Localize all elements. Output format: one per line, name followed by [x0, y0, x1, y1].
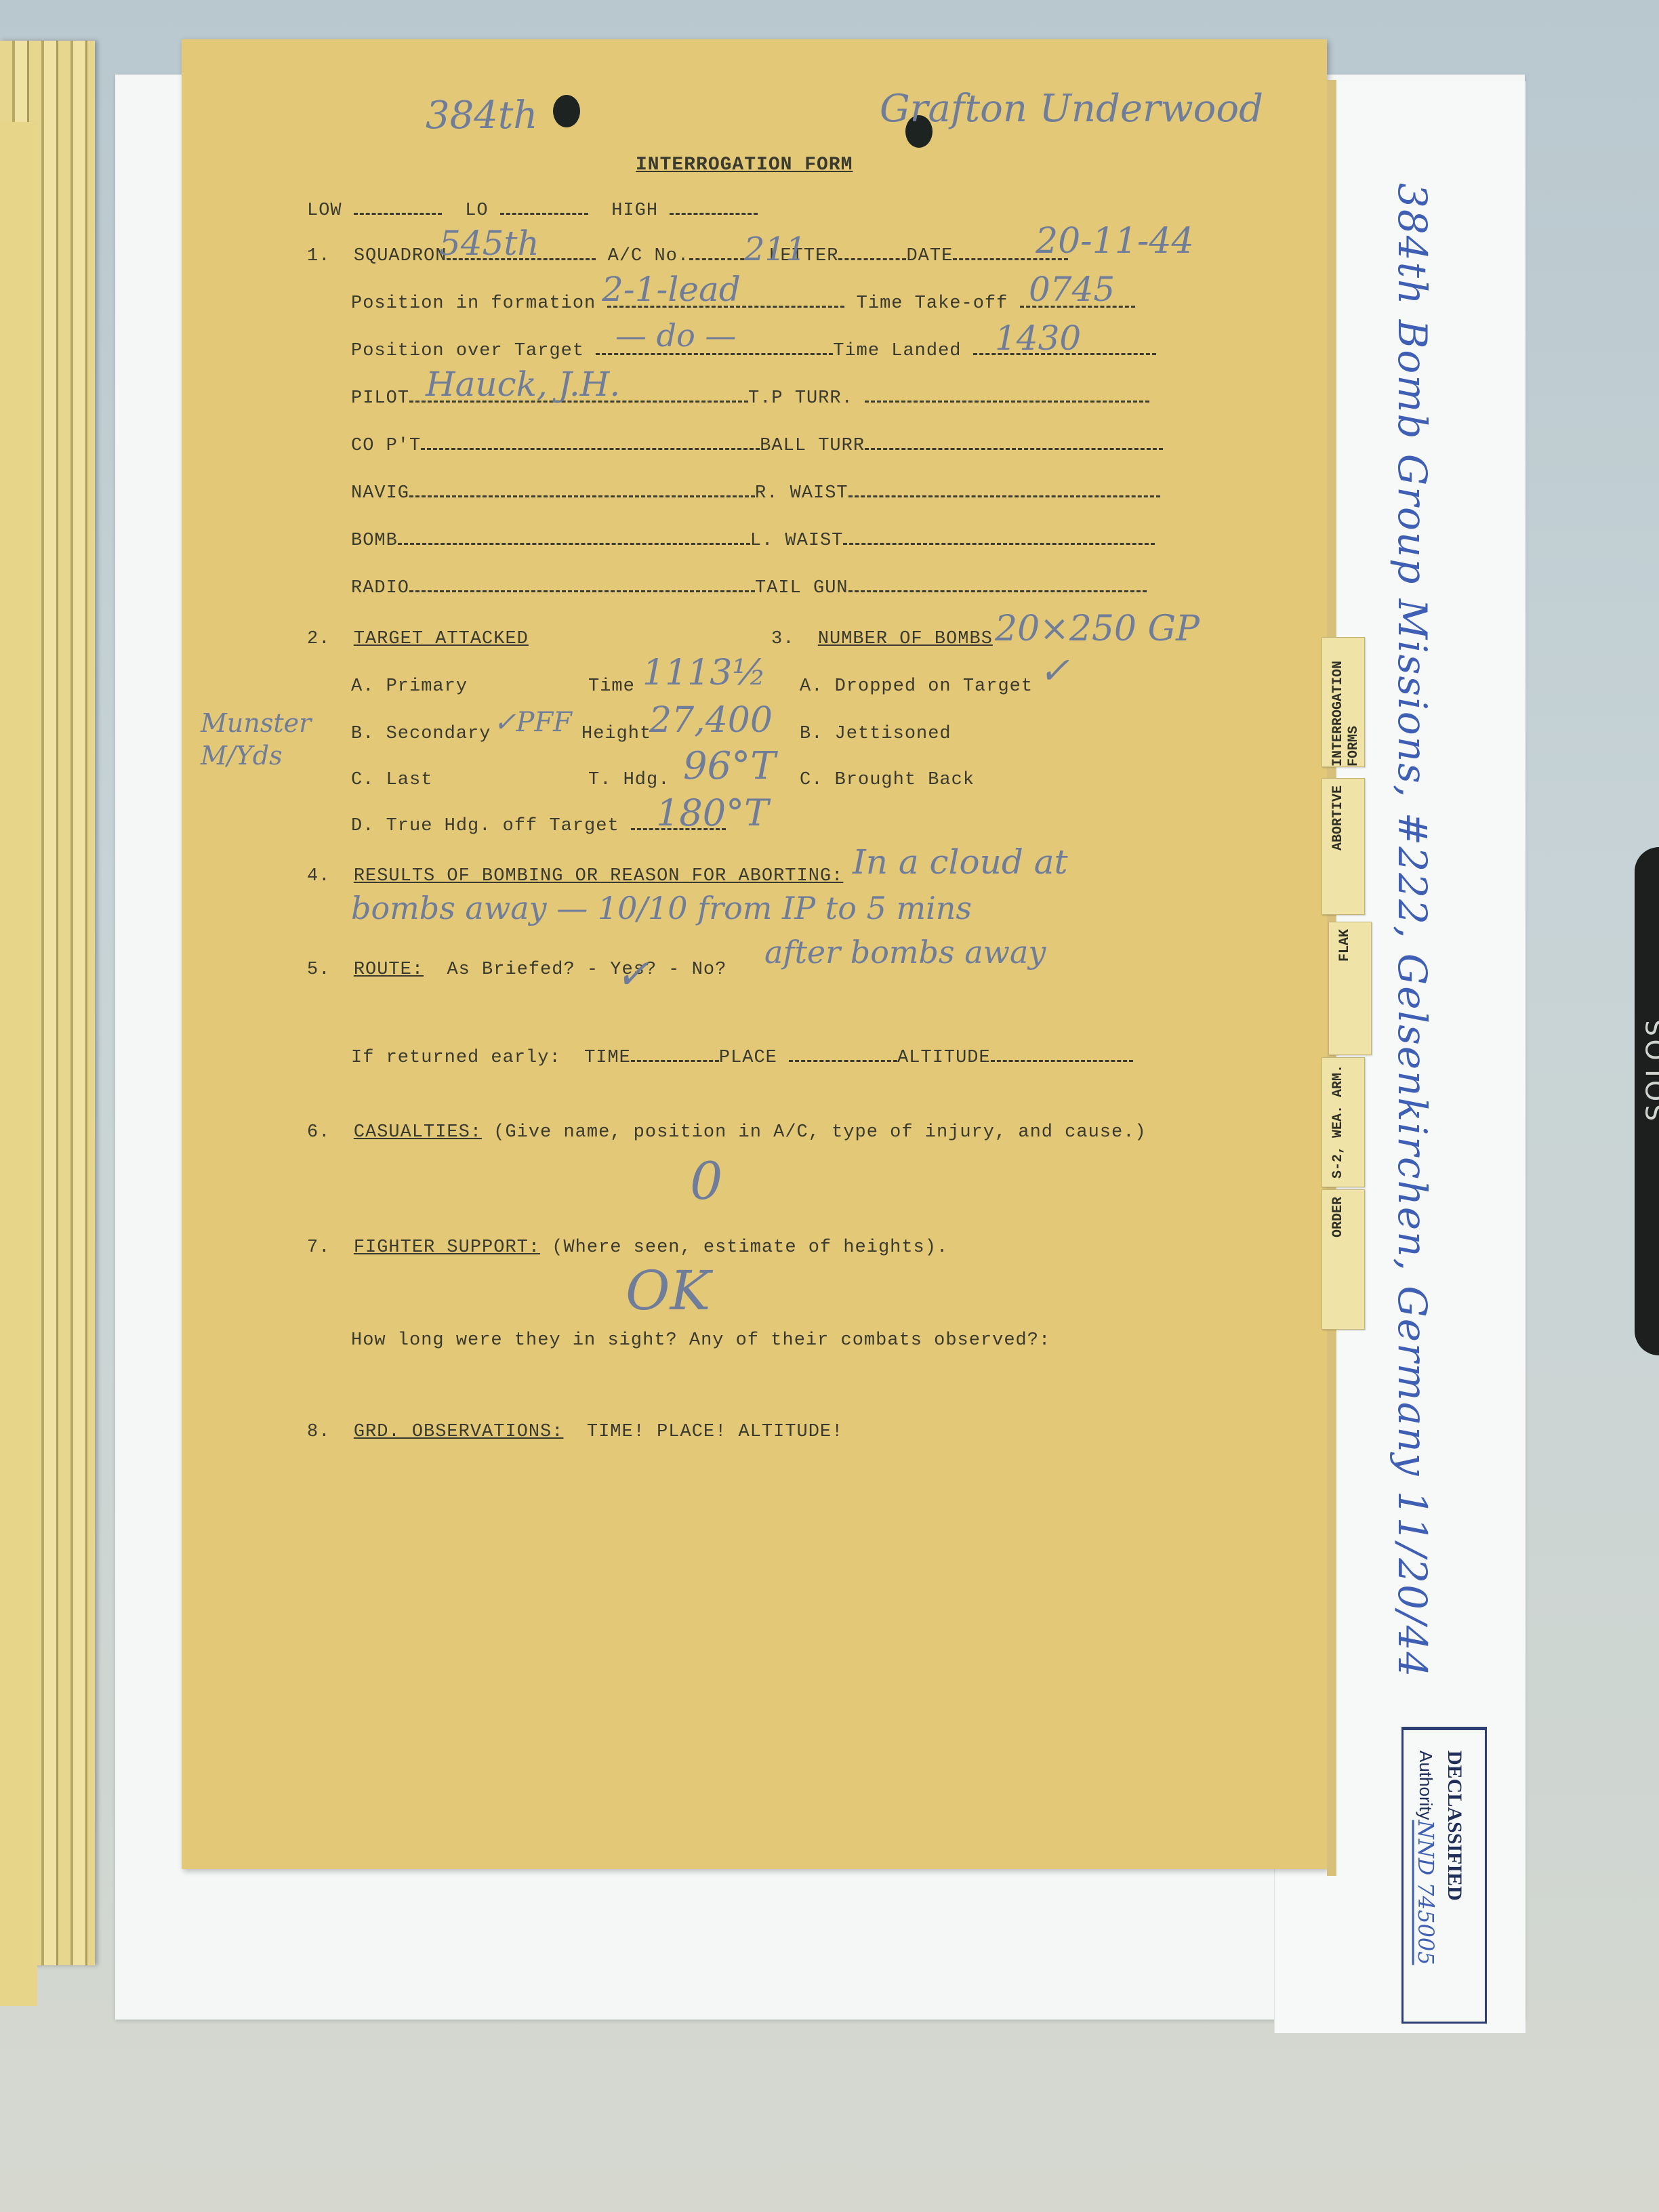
last-row: C. Last [351, 770, 432, 790]
section8-row: 8. GRD. OBSERVATIONS: TIME! PLACE! ALTIT… [307, 1422, 843, 1442]
section5-row: 5. ROUTE: As Briefed? - Yes? - No? [307, 960, 726, 980]
secondary-row: B. Secondary [351, 724, 491, 744]
crew-row: CO P'TBALL TURR [351, 436, 1163, 456]
crew-row: BOMBL. WAIST [351, 531, 1155, 551]
dropped-row: A. Dropped on Target [800, 676, 1033, 697]
tab-flak[interactable]: FLAK [1328, 922, 1372, 1055]
ac-no-value: 211 [744, 230, 806, 268]
punch-hole-icon [553, 95, 580, 127]
primary-row: A. Primary [351, 676, 468, 697]
section2-header: 2. TARGET ATTACKED [307, 629, 529, 649]
tab-s2-wea-arm[interactable]: S-2, WEA. ARM. [1322, 1057, 1365, 1187]
tab-interrogation-forms[interactable]: INTERROGATION FORMS [1322, 637, 1365, 767]
stamp-authority: AuthorityNND 745005 [1413, 1750, 1439, 1965]
hdg-label: T. Hdg. [588, 770, 670, 790]
squadron-value: 545th [439, 224, 539, 263]
signature: Grafton Underwood [880, 87, 1263, 131]
results-line: after bombs away [764, 934, 1046, 970]
section7-question: How long were they in sight? Any of thei… [351, 1330, 1050, 1351]
route-check: ✓ [615, 951, 649, 998]
position-formation-value: 2-1-lead [602, 270, 741, 309]
folder-handwritten-label: 384th Bomb Group Missions, #222, Gelsenk… [1389, 183, 1435, 1678]
time-label: Time [588, 676, 635, 697]
position-target-value: — do — [615, 317, 736, 354]
returned-early-row: If returned early: TIMEPLACE ALTITUDE [351, 1048, 1133, 1068]
hdg-value: 96°T [683, 744, 776, 788]
group-mark: 384th [426, 94, 537, 138]
secondary-value: ✓PFF [493, 707, 572, 738]
altitude-row: LOW LO HIGH [307, 201, 758, 221]
folder-stack-left [0, 41, 95, 1965]
takeoff-value: 0745 [1029, 270, 1115, 309]
section7-row: 7. FIGHTER SUPPORT: (Where seen, estimat… [307, 1237, 948, 1258]
stamp-title: DECLASSIFIED [1443, 1750, 1466, 1901]
crew-row: RADIOTAIL GUN [351, 578, 1147, 598]
results-line: bombs away — 10/10 from IP to 5 mins [351, 890, 972, 926]
device-label: SOLOS [1641, 1017, 1659, 1122]
interrogation-form-page: 384th Grafton Underwood INTERROGATION FO… [182, 39, 1327, 1869]
pilot-value: Hauck, J.H. [426, 365, 620, 404]
true-hdg-value: 180°T [656, 792, 769, 834]
time-value: 1113½ [642, 653, 766, 693]
crew-row: NAVIGR. WAIST [351, 483, 1160, 504]
tab-order[interactable]: ORDER [1322, 1189, 1365, 1330]
section1-row1: 1. SQUADRON A/C No. LETTERDATE [307, 246, 1068, 266]
dropped-check: ✓ [1039, 649, 1069, 692]
position-formation-row: Position in formation Time Take-off [351, 293, 1135, 314]
margin-note: Munster M/Yds [201, 707, 323, 772]
height-value: 27,400 [649, 700, 773, 741]
section4-header: 4. RESULTS OF BOMBING OR REASON FOR ABOR… [307, 866, 843, 886]
tab-abortive[interactable]: ABORTIVE [1322, 778, 1365, 915]
form-title: INTERROGATION FORM [636, 155, 853, 176]
casualties-value: 0 [690, 1151, 722, 1211]
section3-header: 3. NUMBER OF BOMBS [771, 629, 993, 649]
height-label: Height [581, 724, 651, 744]
landed-value: 1430 [995, 319, 1081, 358]
results-line: In a cloud at [853, 842, 1068, 882]
jettisoned-row: B. Jettisoned [800, 724, 951, 744]
fighter-support-value: OK [626, 1259, 710, 1322]
date-value: 20-11-44 [1036, 221, 1194, 262]
dark-device: SOLOS [1635, 847, 1659, 1355]
brought-back-row: C. Brought Back [800, 770, 975, 790]
bombs-value: 20×250 GP [995, 609, 1200, 649]
declassified-stamp: DECLASSIFIED AuthorityNND 745005 [1401, 1727, 1487, 2024]
section6-row: 6. CASUALTIES: (Give name, position in A… [307, 1122, 1147, 1143]
